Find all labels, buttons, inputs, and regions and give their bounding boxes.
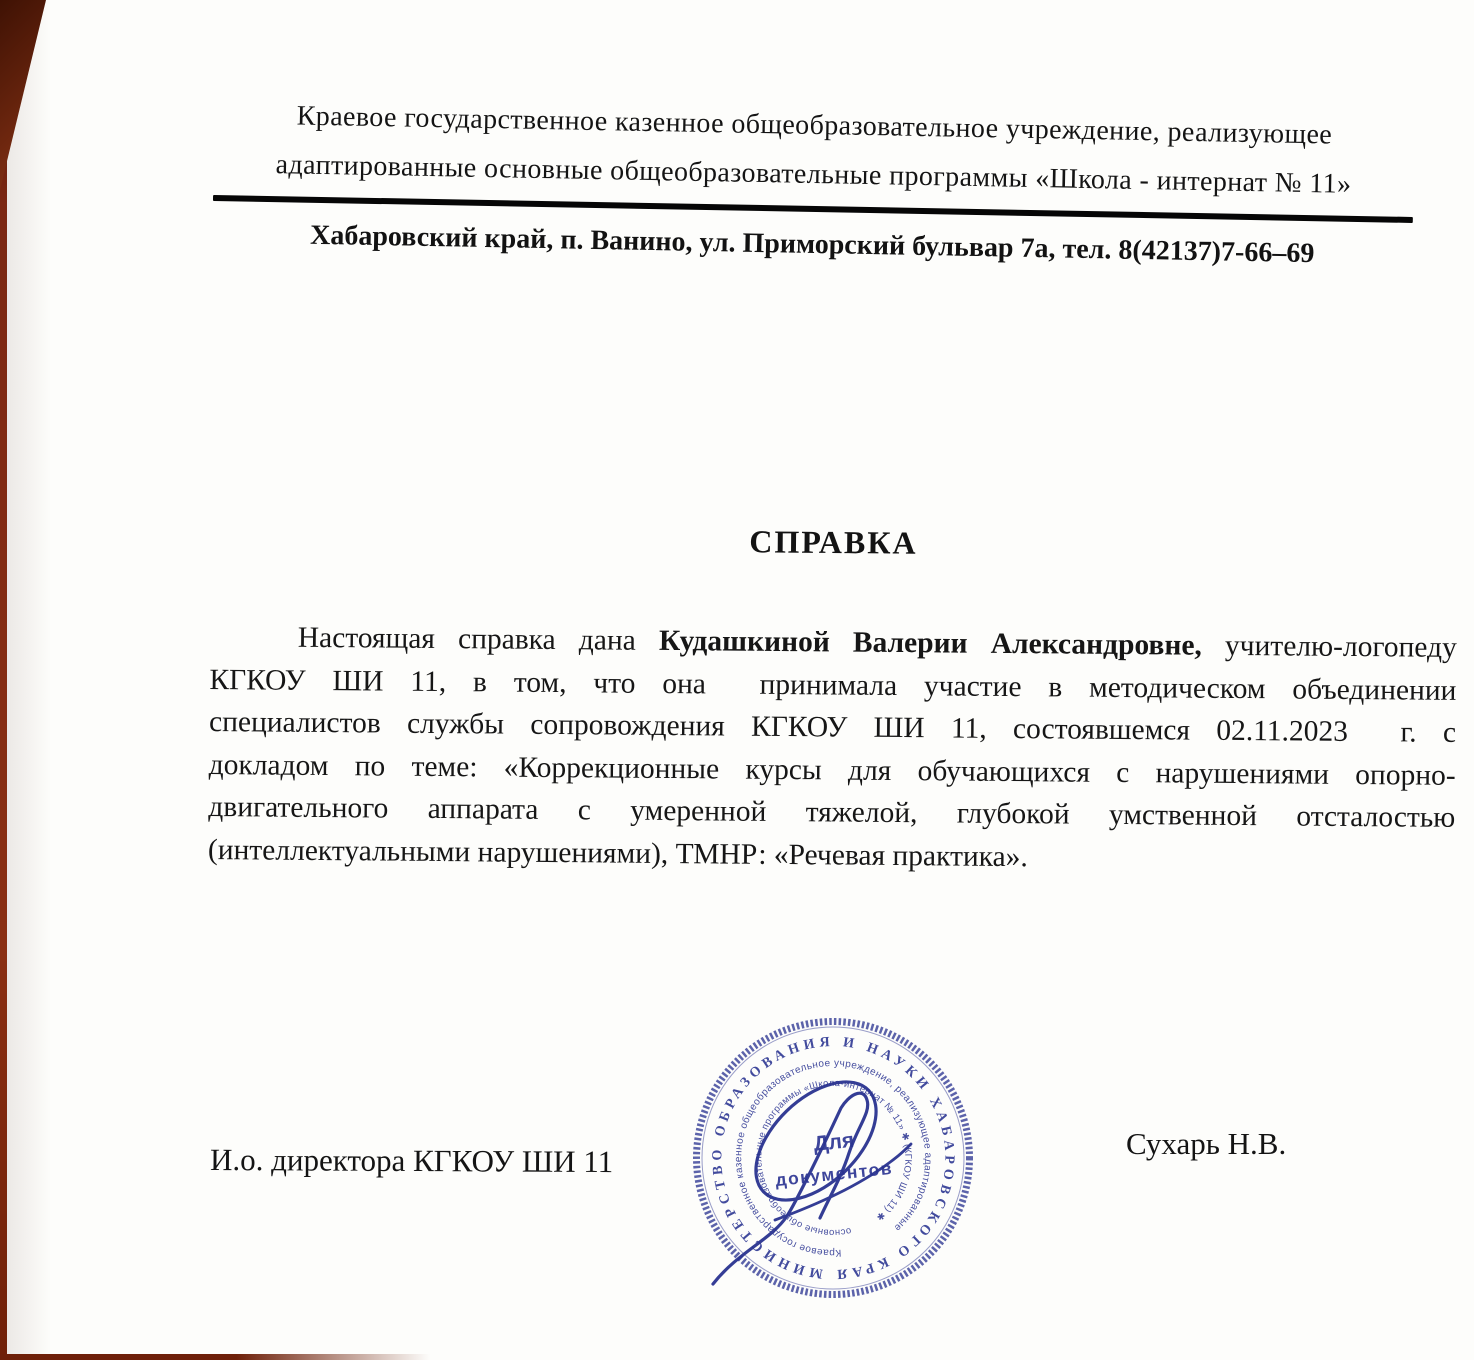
body-line-1-pre: Настоящая справка дана — [298, 622, 659, 657]
body-paragraph: Настоящая справка дана Кудашкиной Валери… — [208, 616, 1457, 882]
scan-edge-left — [0, 0, 7, 1360]
org-address: Хабаровский край, п. Ванино, ул. Приморс… — [212, 218, 1412, 272]
scan-edge-bottom — [0, 1354, 430, 1360]
letterhead: Краевое государственное казенное общеобр… — [212, 90, 1415, 272]
signatory-title: И.о. директора КГКОУ ШИ 11 — [210, 1142, 613, 1180]
document-title: СПРАВКА — [210, 519, 1457, 567]
official-stamp: МИНИСТЕРСТВО ОБРАЗОВАНИЯ И НАУКИ ХАБАРОВ… — [683, 1008, 983, 1308]
body-line-1-post: учителю-логопеду — [1202, 630, 1457, 664]
signatory-name: Сухарь Н.В. — [1126, 1126, 1286, 1162]
document-page: Краевое государственное казенное общеобр… — [0, 0, 1474, 1360]
recipient-name: Кудашкиной Валерии Александровне, — [659, 625, 1202, 662]
